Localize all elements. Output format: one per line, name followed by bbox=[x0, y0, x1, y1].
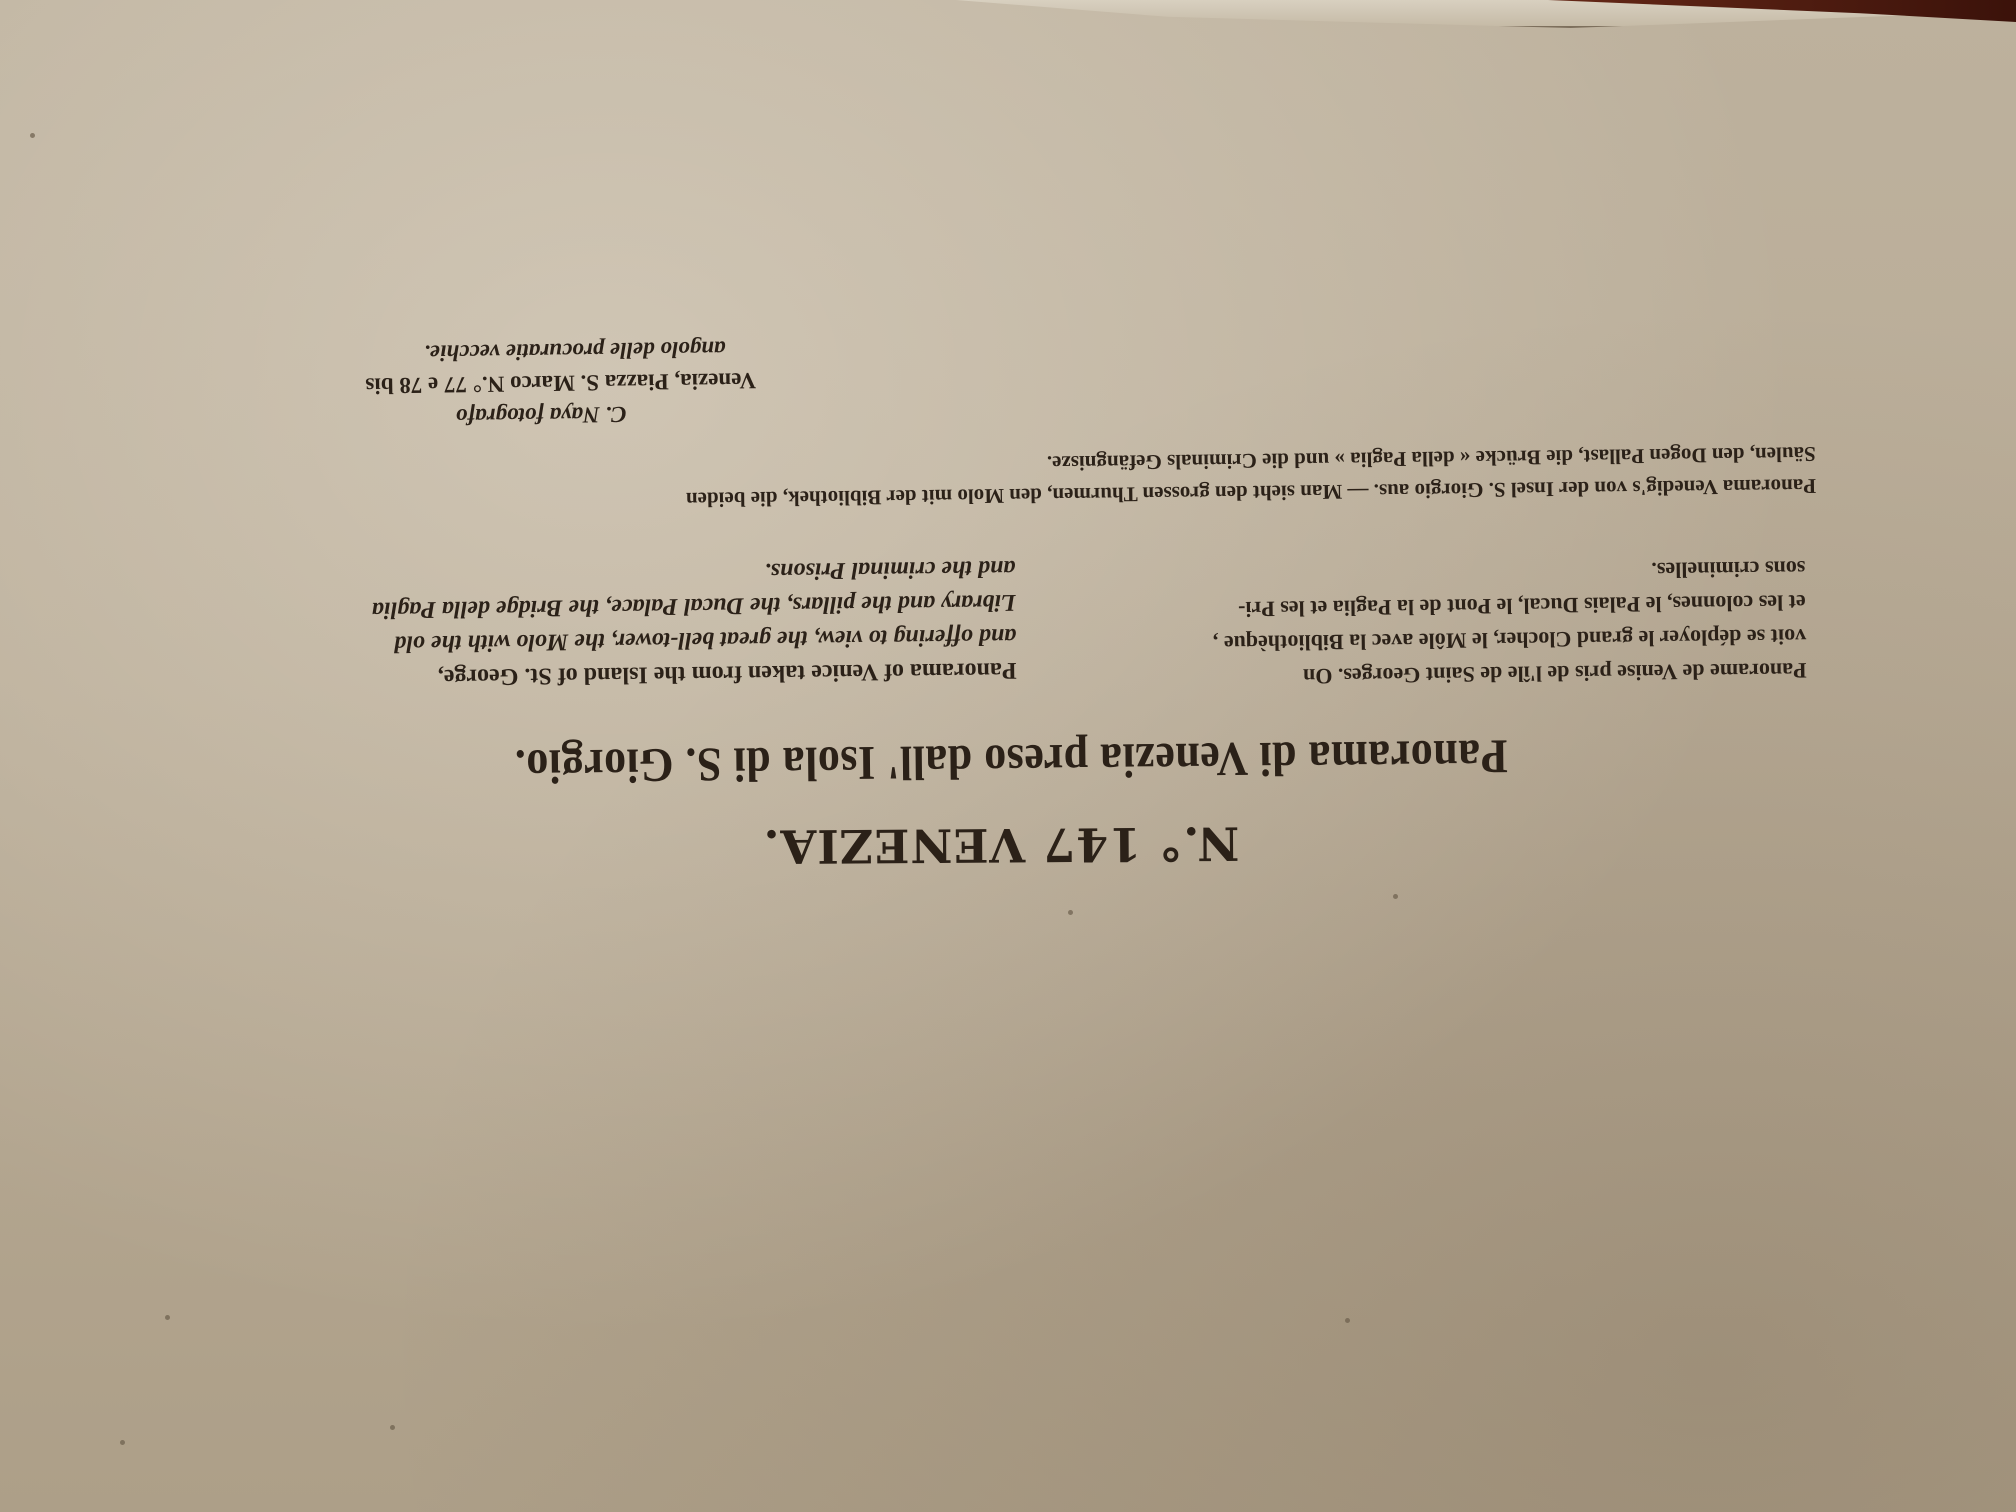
publisher-imprint: C. Naya fotografo Venezia, Piazza S. Mar… bbox=[195, 332, 756, 436]
printed-caption: N.° 147 VENEZIA. Panorama di Venezia pre… bbox=[0, 0, 2016, 1512]
plate-title: Panorama di Venezia preso dall' Isola di… bbox=[396, 727, 1627, 796]
plate-heading: N.° 147 VENEZIA. bbox=[721, 816, 1281, 874]
caption-french: Panorame de Venise pris de l'île de Sain… bbox=[1005, 551, 1807, 697]
caption-english: Panorama of Venice taken from the Island… bbox=[195, 551, 1017, 697]
caption-german: Panorama Venedig's von der Insel S. Gior… bbox=[196, 438, 1817, 522]
